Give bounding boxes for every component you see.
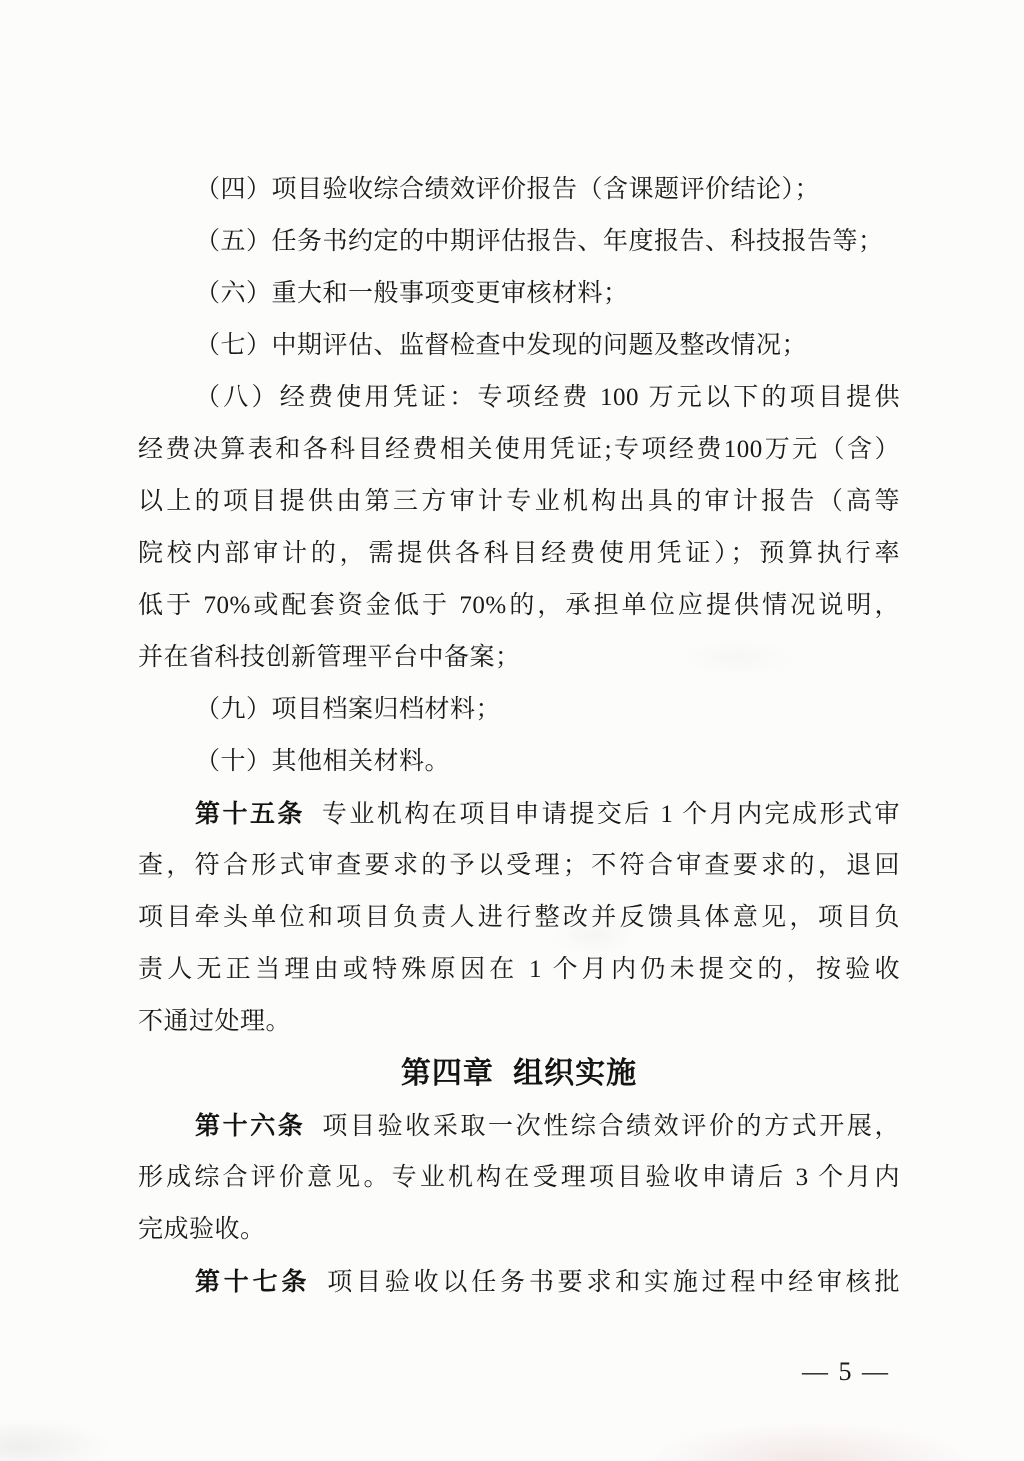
text-line: （八）经费使用凭证：专项经费 100 万元以下的项目提供 <box>138 372 900 424</box>
article-number: 第十六条 <box>195 1112 305 1140</box>
line-text: 项目验收采取一次性综合绩效评价的方式开展， <box>322 1113 900 1140</box>
text-line: （四）项目验收综合绩效评价报告（含课题评价结论）； <box>138 164 900 216</box>
document-page: （四）项目验收综合绩效评价报告（含课题评价结论）；（五）任务书约定的中期评估报告… <box>0 0 1024 1461</box>
text-line: 不通过处理。 <box>138 996 900 1048</box>
text-line: 项目牵头单位和项目负责人进行整改并反馈具体意见，项目负 <box>138 892 900 944</box>
line-text: 专业机构在项目申请提交后 1 个月内完成形式审 <box>322 801 900 828</box>
article-number: 第十五条 <box>195 800 305 828</box>
text-line: 完成验收。 <box>138 1204 900 1256</box>
text-line: 第十五条专业机构在项目申请提交后 1 个月内完成形式审 <box>138 788 900 840</box>
text-line: 经费决算表和各科目经费相关使用凭证;专项经费100万元（含） <box>138 424 900 476</box>
chapter-heading: 第四章 组织实施 <box>138 1048 900 1100</box>
text-line: 查，符合形式审查要求的予以受理；不符合审查要求的，退回 <box>138 840 900 892</box>
text-block: （四）项目验收综合绩效评价报告（含课题评价结论）；（五）任务书约定的中期评估报告… <box>138 164 900 1308</box>
text-line: （七）中期评估、监督检查中发现的问题及整改情况； <box>138 320 900 372</box>
line-text: 项目验收以任务书要求和实施过程中经审核批 <box>327 1269 900 1296</box>
text-line: 院校内部审计的，需提供各科目经费使用凭证）；预算执行率 <box>138 528 900 580</box>
text-line: （六）重大和一般事项变更审核材料； <box>138 268 900 320</box>
text-line: 低于 70%或配套资金低于 70%的，承担单位应提供情况说明， <box>138 580 900 632</box>
text-line: 形成综合评价意见。专业机构在受理项目验收申请后 3 个月内 <box>138 1152 900 1204</box>
article-number: 第十七条 <box>195 1268 310 1296</box>
text-line: 责人无正当理由或特殊原因在 1 个月内仍未提交的，按验收 <box>138 944 900 996</box>
text-line: （五）任务书约定的中期评估报告、年度报告、科技报告等； <box>138 216 900 268</box>
text-line: （十）其他相关材料。 <box>138 736 900 788</box>
text-line: 以上的项目提供由第三方审计专业机构出具的审计报告（高等 <box>138 476 900 528</box>
text-line: 第十七条项目验收以任务书要求和实施过程中经审核批 <box>138 1256 900 1308</box>
text-line: 第十六条项目验收采取一次性综合绩效评价的方式开展， <box>138 1100 900 1152</box>
text-line: 并在省科技创新管理平台中备案； <box>138 632 900 684</box>
text-line: （九）项目档案归档材料； <box>138 684 900 736</box>
page-number: — 5 — <box>802 1346 890 1398</box>
